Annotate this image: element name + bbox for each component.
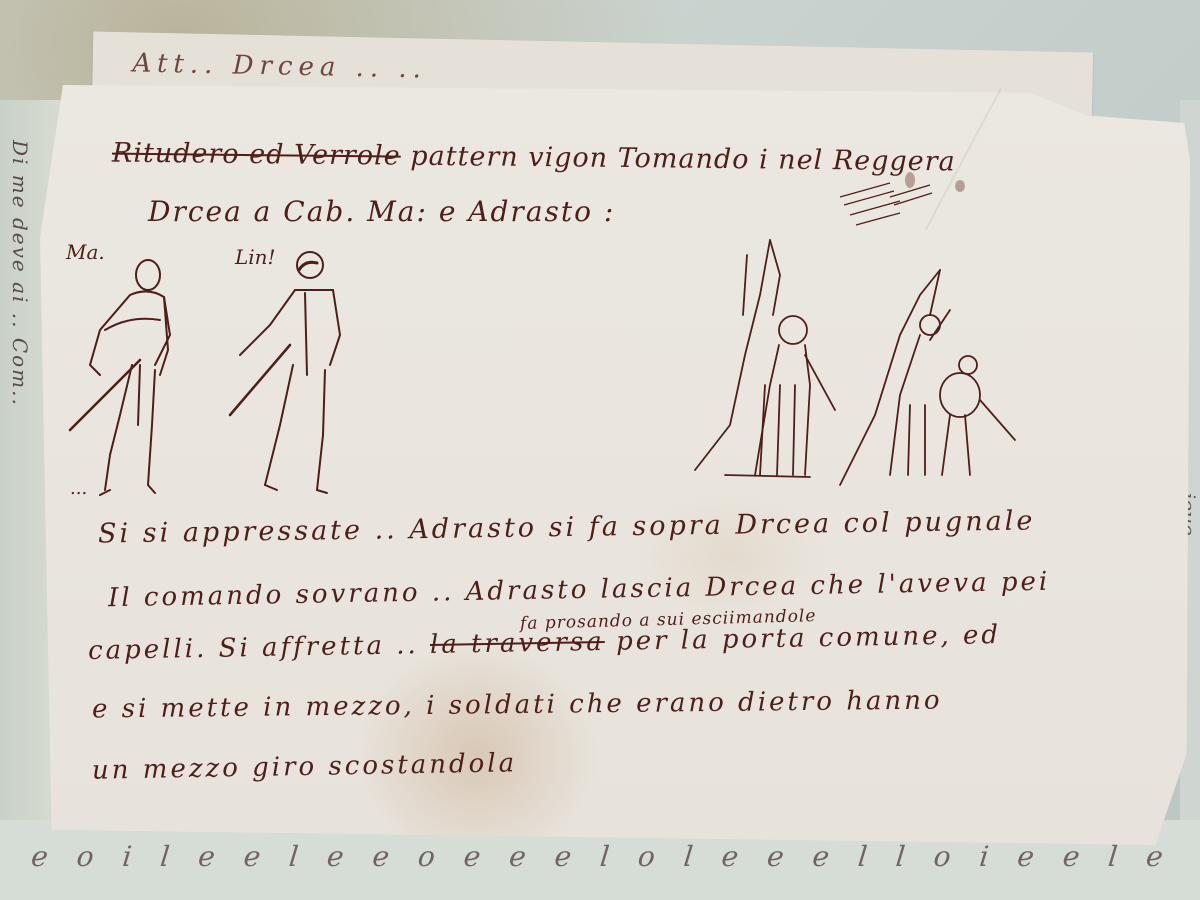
background-left-writing: Di me deve ai .. Com..	[8, 140, 32, 407]
sketch-young-man-with-sword	[215, 245, 355, 500]
sketch-robed-figure-and-woman	[685, 235, 845, 495]
back-sheet-text: Att.. Drcea .. ..	[132, 48, 427, 84]
manuscript-photo: Di me deve ai .. Com.. ..ieue e o i l e …	[0, 0, 1200, 900]
heading-text: pattern vigon Tomando i nel Reggera	[410, 141, 956, 178]
hatching-scribble	[830, 175, 940, 245]
body-line-3-struck: la traversa	[430, 627, 605, 660]
sketch-cloaked-figure-and-child	[830, 265, 1030, 495]
heading-line-2: Drcea a Cab. Ma: e Adrasto :	[148, 195, 615, 228]
sketch-man-with-sword	[60, 255, 180, 500]
background-bottom-writing: e o i l e e l e e o e e e l o l e e e l …	[27, 840, 1193, 900]
heading-struck-text: Ritudero ed Verrole	[112, 138, 401, 172]
body-line-3-start: capelli. Si affretta ..	[88, 630, 419, 666]
ink-blot	[955, 180, 965, 192]
